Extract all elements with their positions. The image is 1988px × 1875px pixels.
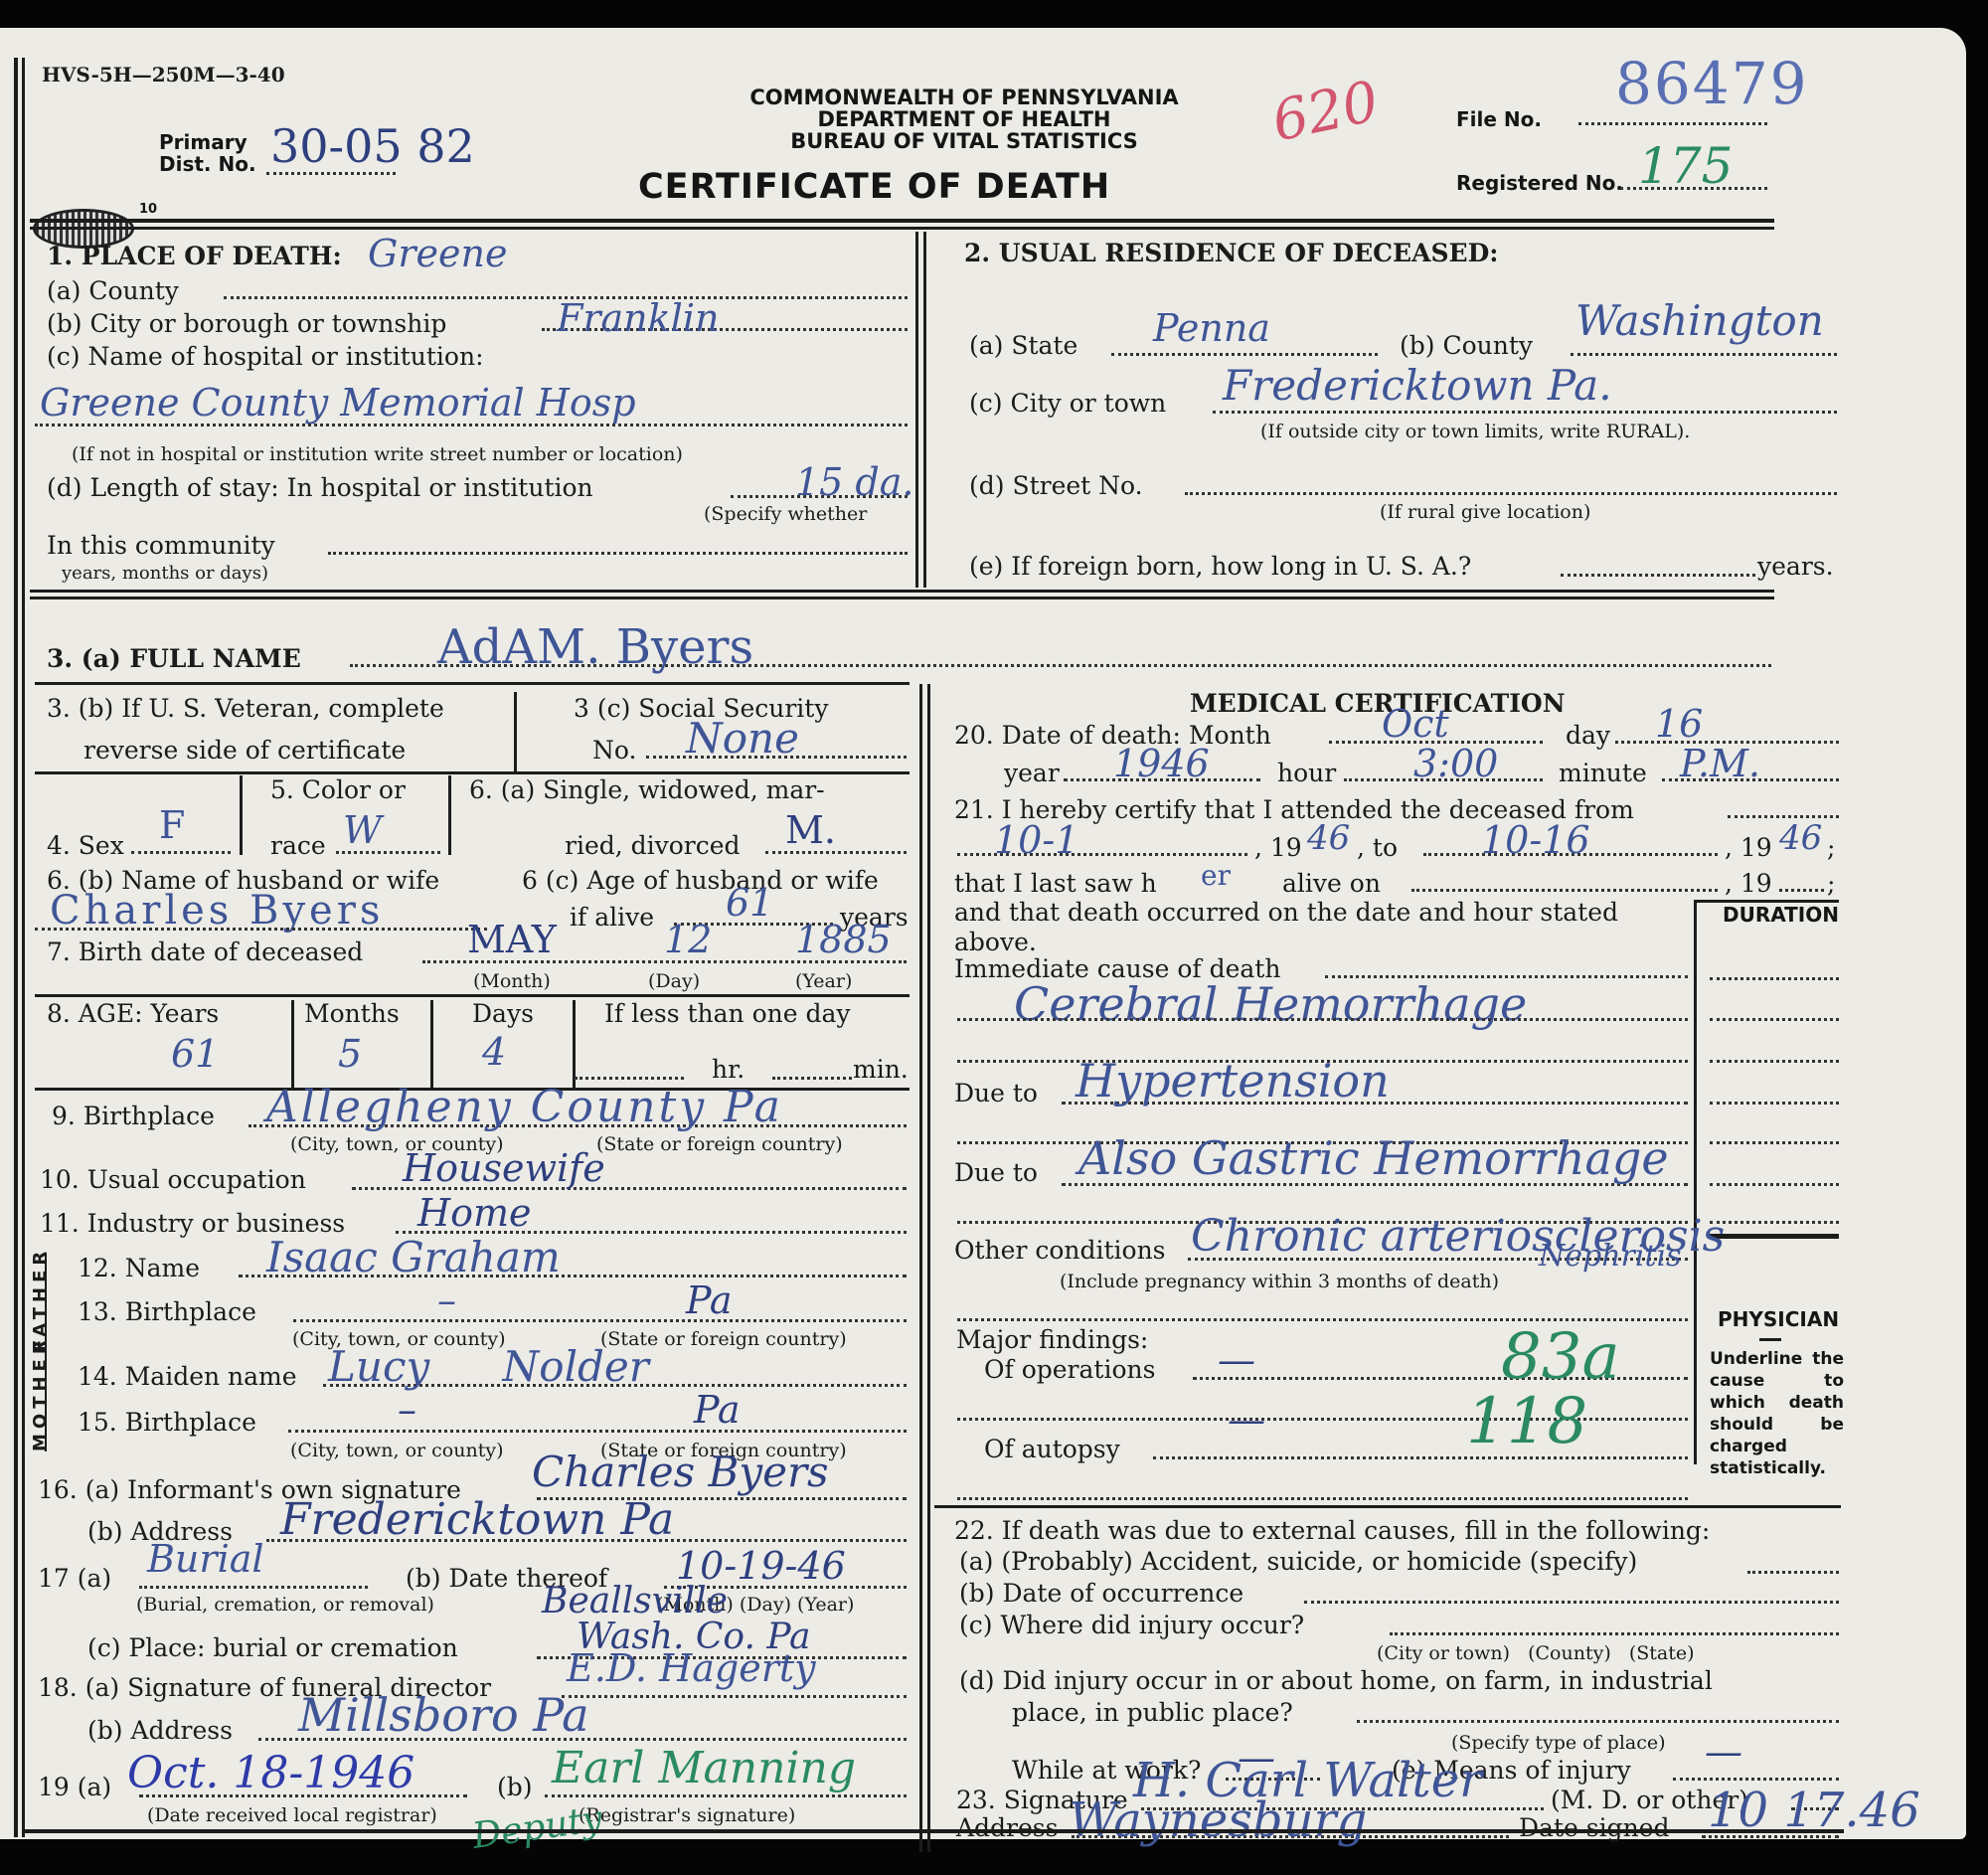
attended-from-value: 10-1 (994, 818, 1078, 862)
external-d-label-2: place, in public place? (1012, 1698, 1293, 1727)
age-months-value: 5 (338, 1032, 362, 1076)
funeral-director-address-value: Millsboro Pa (298, 1688, 589, 1742)
cause-code-2: 118 (1466, 1385, 1587, 1458)
death-month-value: Oct (1382, 702, 1449, 746)
burial-place-value-1: Beallsville (542, 1581, 728, 1621)
informant-signature-value: Charles Byers (532, 1448, 829, 1496)
age-days-label: Days (472, 999, 534, 1028)
external-heading: 22. If death was due to external causes,… (954, 1516, 1710, 1545)
means-of-injury-value: — (1705, 1730, 1742, 1774)
agency-line-2: DEPARTMENT OF HEALTH (696, 107, 1233, 131)
place-city-value: Franklin (557, 296, 719, 340)
place-hospital-label: (c) Name of hospital or institution: (47, 342, 484, 371)
age-years-value: 61 (171, 1032, 219, 1076)
death-certificate: HVS-5H—250M—3-40 Primary Dist. No. 30-05… (0, 28, 1966, 1839)
birthplace-note-state: (State or foreign country) (596, 1133, 843, 1155)
attended-to-label: , to (1357, 833, 1398, 862)
informant-address-value: Fredericktown Pa (280, 1494, 674, 1545)
place-community-note: years, months or days) (62, 563, 268, 584)
attended-to-year-prefix: , 19 (1725, 833, 1772, 862)
residence-state-label: (a) State (969, 331, 1077, 360)
last-saw-pronoun: er (1201, 859, 1231, 892)
mother-birthplace-city: – (398, 1388, 416, 1432)
external-c-label: (c) Where did injury occur? (959, 1611, 1304, 1639)
birth-year-value: 1885 (795, 918, 892, 961)
other-conditions-value-2: Nephritis (1539, 1239, 1682, 1274)
physician-address-label: Address (956, 1813, 1058, 1842)
age-months-label: Months (304, 999, 400, 1028)
residence-state-value: Penna (1153, 306, 1270, 350)
residence-city-note: (If outside city or town limits, write R… (1260, 421, 1690, 442)
race-label-1: 5. Color or (270, 775, 406, 804)
father-birthplace-state: Pa (686, 1278, 733, 1322)
due-to-label-2: Due to (954, 1158, 1038, 1187)
residence-street-label: (d) Street No. (969, 471, 1143, 500)
ssn-value: None (686, 714, 799, 763)
marital-label-2: ried, divorced (565, 831, 741, 860)
occurred-label: and that death occurred on the date and … (954, 898, 1618, 927)
alive-on-label: alive on (1282, 869, 1381, 898)
father-birthplace-city: – (437, 1278, 456, 1322)
registrar-sig-value: Earl Manning (552, 1743, 856, 1793)
attended-from-year-prefix: , 19 (1254, 833, 1302, 862)
birth-day-note: (Day) (648, 970, 700, 992)
occupation-label: 10. Usual occupation (40, 1165, 306, 1194)
last-saw-label: that I last saw h (954, 869, 1157, 898)
due-to-value-2: Also Gastric Hemorrhage (1078, 1131, 1669, 1185)
place-stay-label: (d) Length of stay: In hospital or insti… (47, 473, 593, 502)
disposition-label: 17 (a) (38, 1564, 111, 1593)
attended-to-value: 10-16 (1481, 818, 1590, 862)
mother-birthplace-state: Pa (694, 1388, 741, 1432)
place-stay-note: (Specify whether (704, 503, 867, 525)
registrar-deputy: Deputy (470, 1798, 605, 1857)
race-label-2: race (270, 831, 326, 860)
left-border-inner (22, 58, 25, 1837)
external-b-label: (b) Date of occurrence (959, 1579, 1243, 1608)
full-name-label: 3. (a) FULL NAME (47, 644, 301, 673)
above-label: above. (954, 928, 1037, 956)
place-city-label: (b) City or borough or township (47, 309, 446, 338)
age-hr-label: hr. (712, 1055, 745, 1084)
age-days-value: 4 (482, 1030, 506, 1074)
due-to-label-1: Due to (954, 1079, 1038, 1108)
father-name-value: Isaac Graham (266, 1233, 561, 1281)
funeral-director-address-label: (b) Address (87, 1716, 233, 1745)
veteran-label-2: reverse side of certificate (83, 736, 406, 765)
file-no-label: File No. (1456, 107, 1542, 131)
birth-month-value: MAY (467, 918, 557, 961)
birthplace-value: Allegheny County Pa (266, 1082, 783, 1132)
red-annotation: 620 (1266, 70, 1384, 155)
birth-day-value: 12 (664, 918, 712, 961)
place-of-death-heading: 1. PLACE OF DEATH: (47, 242, 342, 270)
industry-value: Home (417, 1191, 532, 1235)
external-d-label-1: (d) Did injury occur in or about home, o… (959, 1666, 1713, 1695)
registered-no-label: Registered No. (1456, 171, 1623, 195)
agency-line-1: COMMONWEALTH OF PENNSYLVANIA (696, 85, 1233, 109)
mother-name-label: 14. Maiden name (78, 1362, 297, 1391)
burial-place-label: (c) Place: burial or cremation (87, 1633, 458, 1662)
agency-line-3: BUREAU OF VITAL STATISTICS (696, 129, 1233, 153)
birth-month-note: (Month) (473, 970, 551, 992)
disposition-note: (Burial, cremation, or removal) (136, 1594, 434, 1616)
medical-heading: MEDICAL CERTIFICATION (1190, 689, 1566, 718)
mother-birthplace-label: 15. Birthplace (78, 1408, 256, 1437)
form-code: HVS-5H—250M—3-40 (42, 63, 285, 86)
mother-birthplace-note-city: (City, town, or county) (290, 1440, 504, 1461)
physician-address-value: Waynesburg (1069, 1792, 1367, 1848)
external-d-note: (Specify type of place) (1451, 1732, 1666, 1754)
death-hour-value: 3:00 (1413, 742, 1498, 785)
death-minute-value: P.M. (1680, 742, 1760, 785)
residence-city-label: (c) City or town (969, 389, 1166, 418)
residence-county-value: Washington (1575, 296, 1824, 345)
primary-dist-value: 30-05 82 (270, 119, 475, 173)
birthplace-label: 9. Birthplace (52, 1102, 215, 1130)
place-county-value: Greene (368, 232, 507, 275)
page-title: CERTIFICATE OF DEATH (638, 167, 1110, 207)
father-name-label: 12. Name (78, 1254, 200, 1282)
residence-county-label: (b) County (1400, 331, 1533, 360)
due-to-value-1: Hypertension (1076, 1054, 1390, 1108)
residence-heading: 2. USUAL RESIDENCE OF DECEASED: (964, 239, 1499, 267)
death-minute-label: minute (1559, 759, 1647, 787)
alive-year-prefix: , 19 (1725, 869, 1772, 898)
primary-dist-label-2: Dist. No. (159, 152, 256, 176)
place-hospital-note: (If not in hospital or institution write… (72, 443, 683, 465)
external-a-label: (a) (Probably) Accident, suicide, or hom… (959, 1547, 1637, 1576)
spouse-age-label: 6 (c) Age of husband or wife (522, 866, 879, 895)
file-no-stamp: 86479 (1615, 50, 1809, 117)
residence-foreign-suffix: years. (1757, 552, 1834, 581)
place-stay-value: 15 da. (795, 460, 914, 504)
spouse-age-if-alive: if alive (570, 903, 654, 932)
registrar-date-label: 19 (a) (38, 1773, 111, 1801)
sex-value: F (159, 803, 185, 847)
age-years-label: 8. AGE: Years (47, 999, 219, 1028)
left-border (14, 58, 18, 1837)
father-birthplace-label: 13. Birthplace (78, 1297, 256, 1326)
registrar-date-value: Oct. 18-1946 (127, 1748, 414, 1798)
physician-heading: PHYSICIAN (1718, 1307, 1839, 1331)
race-value: W (343, 808, 382, 852)
registrar-date-note: (Date received local registrar) (147, 1804, 437, 1826)
birth-year-note: (Year) (795, 970, 852, 992)
autopsy-label: Of autopsy (984, 1435, 1120, 1463)
veteran-label-1: 3. (b) If U. S. Veteran, complete (47, 694, 444, 723)
immediate-cause-value: Cerebral Hemorrhage (1014, 977, 1527, 1031)
marital-label-1: 6. (a) Single, widowed, mar- (469, 775, 825, 804)
disposition-value: Burial (147, 1537, 264, 1581)
duration-heading: DURATION (1723, 903, 1839, 927)
marital-value: M. (785, 808, 836, 852)
sex-label: 4. Sex (47, 831, 124, 860)
residence-street-note: (If rural give location) (1380, 501, 1590, 523)
cause-code-1: 83a (1501, 1320, 1620, 1394)
attended-from-year-value: 46 (1307, 818, 1350, 858)
place-community-label: In this community (47, 531, 275, 560)
autopsy-dash: — (1228, 1398, 1265, 1442)
mother-tag: MOTHER (30, 1335, 51, 1451)
funeral-director-value: E.D. Hagerty (567, 1646, 816, 1690)
death-hour-label: hour (1277, 759, 1336, 787)
external-c-note: (City or town) (County) (State) (1377, 1642, 1695, 1664)
major-findings-label: Major findings: (956, 1325, 1148, 1354)
death-year-label: year (1004, 759, 1060, 787)
operations-value: — (1218, 1338, 1255, 1382)
mother-name-value: Lucy Nolder (328, 1342, 649, 1391)
full-name-value: AdAM. Byers (437, 619, 753, 675)
registrar-sig-note: (Registrar's signature) (579, 1804, 795, 1826)
attended-to-year-value: 46 (1779, 818, 1822, 858)
birth-date-label: 7. Birth date of deceased (47, 937, 363, 966)
seal-number: 10 (139, 202, 157, 217)
death-day-value: 16 (1655, 702, 1703, 746)
place-hospital-value: Greene County Memorial Hosp (40, 381, 636, 425)
occupation-value: Housewife (403, 1146, 605, 1190)
other-conditions-note: (Include pregnancy within 3 months of de… (1060, 1271, 1499, 1292)
primary-dist-label: Primary (159, 130, 248, 154)
age-less-than-day-label: If less than one day (604, 999, 851, 1028)
physician-note: Underline the cause to which death shoul… (1710, 1348, 1844, 1479)
ssn-no-label: No. (592, 736, 636, 765)
death-year-value: 1946 (1113, 742, 1210, 785)
spouse-age-value: 61 (726, 881, 773, 925)
place-county-label: (a) County (47, 276, 179, 305)
registered-no-value: 175 (1638, 137, 1733, 195)
residence-city-value: Fredericktown Pa. (1223, 361, 1612, 410)
operations-label: Of operations (984, 1355, 1155, 1384)
other-conditions-label: Other conditions (954, 1236, 1166, 1265)
age-min-label: min. (853, 1055, 909, 1084)
registrar-sig-label: (b) (497, 1773, 533, 1801)
residence-foreign-label: (e) If foreign born, how long in U. S. A… (969, 552, 1471, 581)
date-signed-label: Date signed (1519, 1813, 1669, 1842)
death-day-label: day (1566, 721, 1610, 750)
